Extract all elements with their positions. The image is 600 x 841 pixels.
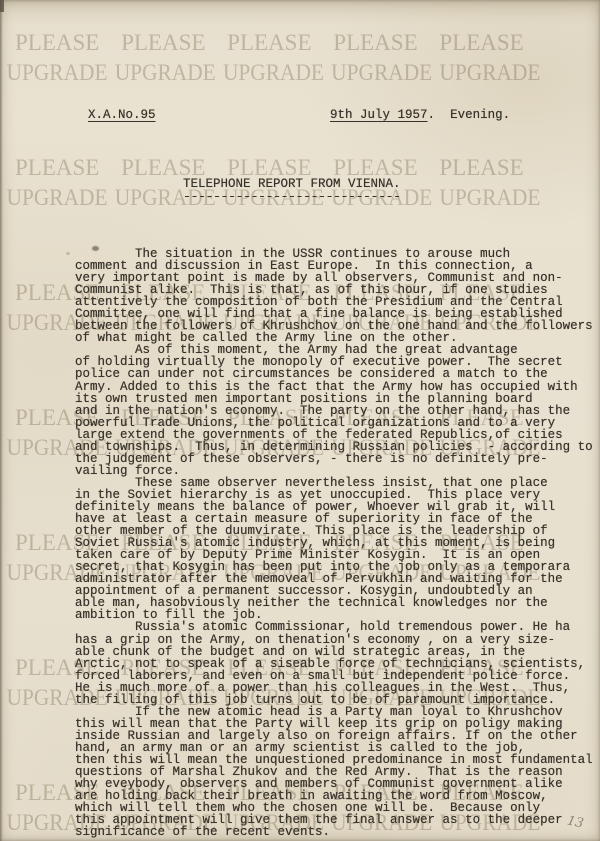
report-title-block: TELEPHONE REPORT FROM VIENNA. ----------… [183,177,401,204]
ink-stain [66,252,70,255]
watermark-upgrade-line: UPGRADE UPGRADE UPGRADE UPGRADE UPGRADE [0,58,558,88]
scanned-document-page: PLEASE PLEASE PLEASE PLEASE PLEASE UPGRA… [0,0,600,841]
title-underline: ----------------------------- [183,190,401,204]
paragraph: As of this moment, the Army had the grea… [75,344,593,477]
scan-left-shadow [0,0,3,841]
paragraph: These same observer nevertheless insist,… [75,477,593,622]
watermark-please-line: PLEASE PLEASE PLEASE PLEASE PLEASE [0,28,600,58]
watermark-row: PLEASE PLEASE PLEASE PLEASE PLEASE UPGRA… [0,28,600,87]
report-body: The situation in the USSR continues to a… [75,248,593,838]
ink-stain [92,246,99,251]
reference-number: X.A.No.95 [88,108,156,122]
date-period: . [428,108,436,122]
report-title: TELEPHONE REPORT FROM VIENNA. [183,177,401,191]
date-line: 9th July 1957. Evening. [330,108,510,122]
pencil-page-number: 13 [566,813,585,831]
report-date: 9th July 1957 [330,108,428,122]
paragraph: If the new atomic head is a Party man lo… [75,706,593,839]
paragraph: The situation in the USSR continues to a… [75,248,593,344]
report-time: Evening. [450,108,510,122]
paragraph: Russia's atomic Commissionar, hold treme… [75,621,593,705]
